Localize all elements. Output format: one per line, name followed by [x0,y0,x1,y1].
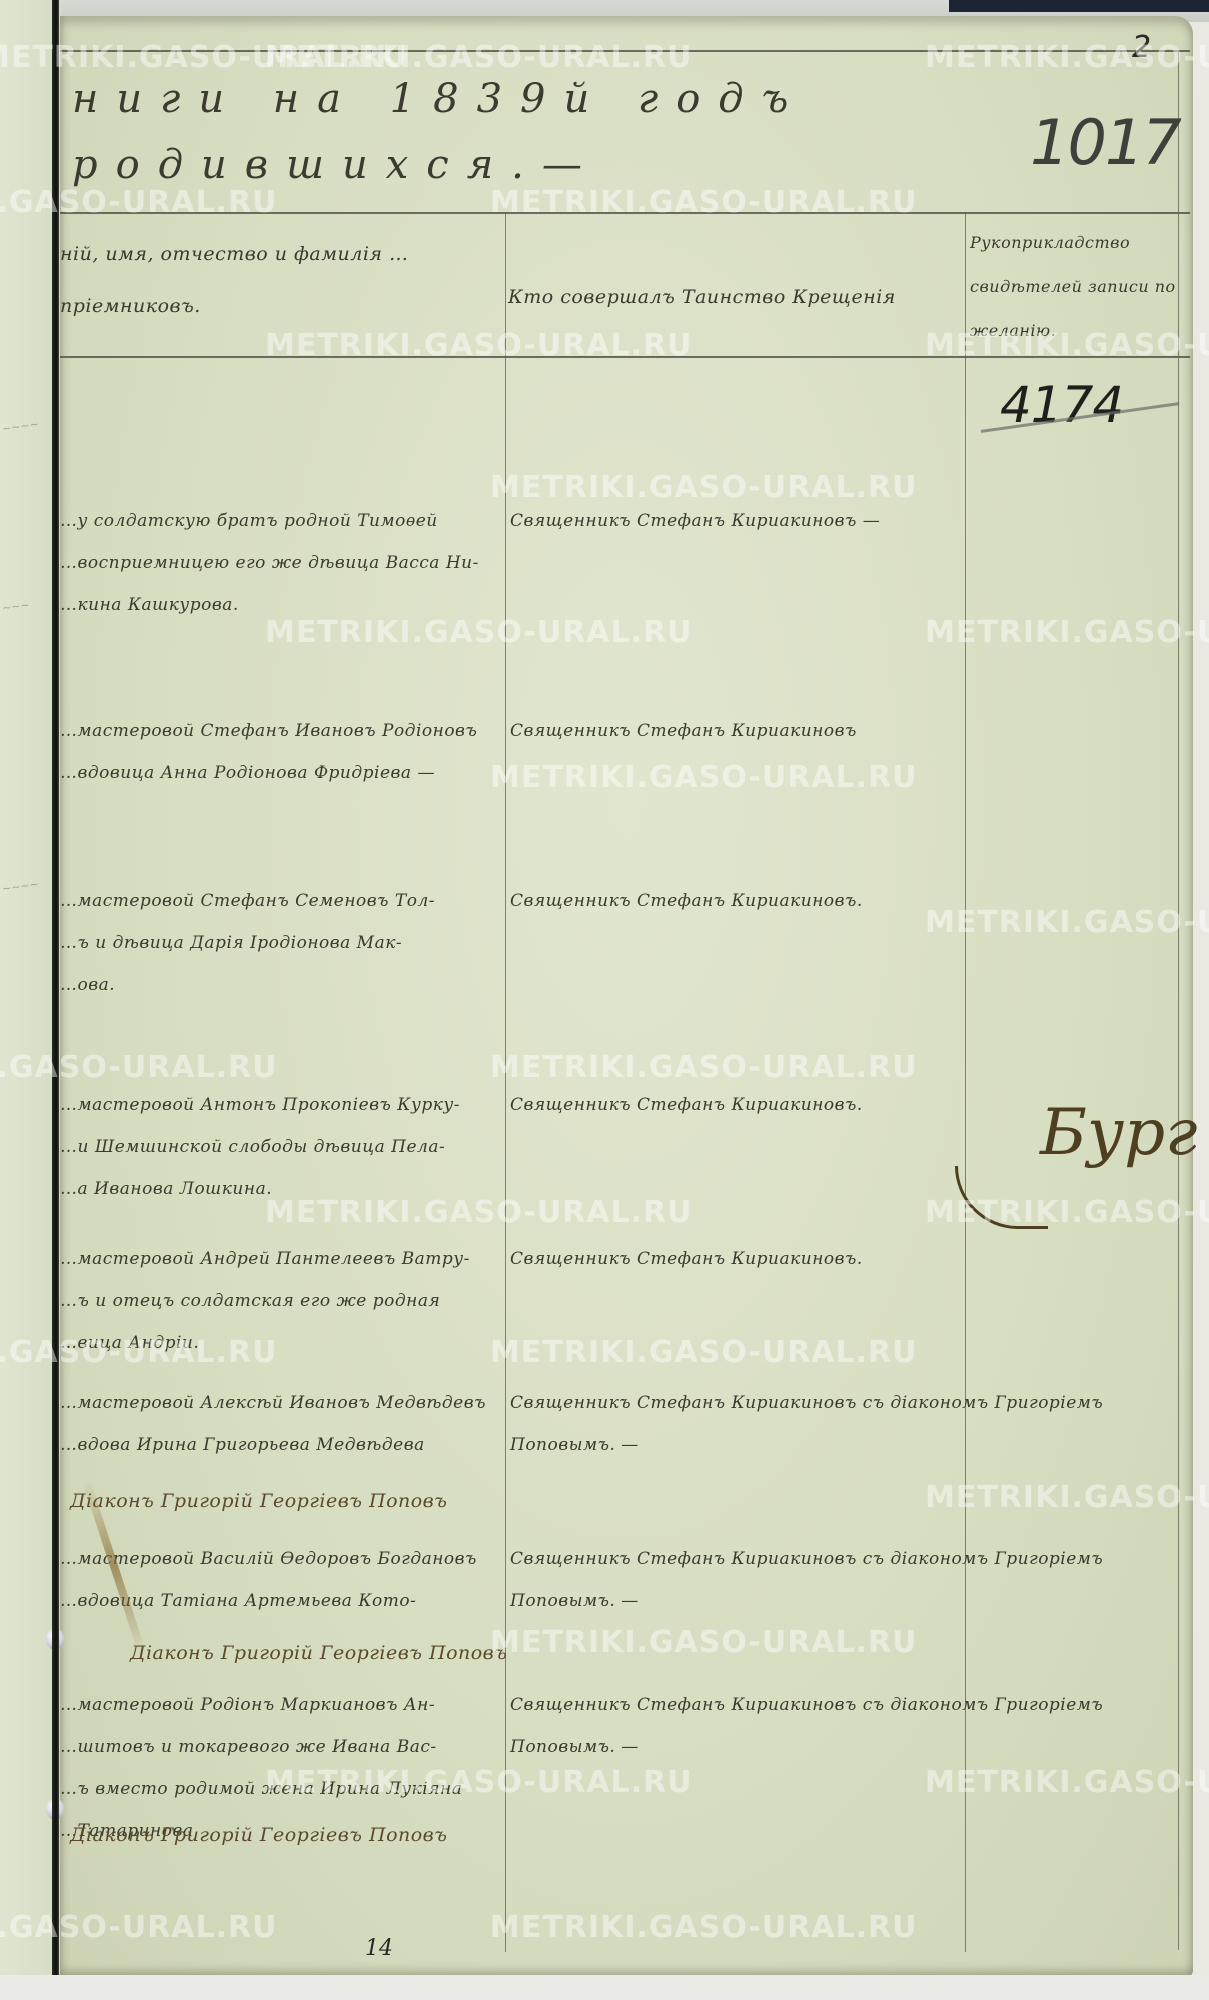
bleed-through-text: ~~~~ [1,877,39,895]
scan-bottom-edge [0,1975,1209,2000]
entry-1-names: …у солдатскую братъ родной Тимоѳей…воспр… [60,500,479,626]
entry-3-names: …мастеровой Стефанъ Семеновъ Тол-…ъ и дѣ… [60,880,435,1006]
entry-5-names: …мастеровой Андрей Пантелеевъ Ватру-…ъ и… [60,1238,470,1364]
leaf-mark: 14 [365,1936,393,1961]
book-gutter [52,0,59,2000]
archive-number: 1017 [1030,106,1180,179]
page-number: 2 [1132,30,1151,65]
entry-7-performed-by: Священникъ Стефанъ Кириакиновъ съ діакон… [510,1538,1170,1622]
column-header-signatures: Рукоприкладство свидѣтелей записи по жел… [970,221,1180,353]
entry-5-performed-by: Священникъ Стефанъ Кириакиновъ. [510,1238,863,1280]
signature-3: Діаконъ Григорій Георгіевъ Поповъ [70,1824,447,1846]
title-line-2: родившихся.— [72,142,600,188]
entry-4-names: …мастеровой Антонъ Прокопіевъ Курку-…и Ш… [60,1084,460,1210]
signature-2: Діаконъ Григорій Георгіевъ Поповъ [130,1642,507,1664]
bleed-through-text: ~~~~ [1,417,39,435]
signature-1: Діаконъ Григорій Георгіевъ Поповъ [70,1490,447,1512]
column-header-performed-by: Кто совершалъ Таинство Крещенія [508,286,896,308]
bleed-through-text: ~~~ [1,598,30,615]
entry-2-performed-by: Священникъ Стефанъ Кириакиновъ [510,710,857,752]
rule-top [60,50,1190,52]
rule-header-bottom [60,356,1190,358]
column-divider-1 [505,212,506,1952]
scan-corner-shadow [949,0,1209,12]
entry-4-performed-by: Священникъ Стефанъ Кириакиновъ. [510,1084,863,1126]
entry-6-performed-by: Священникъ Стефанъ Кириакиновъ съ діакон… [510,1382,1170,1466]
entry-2-names: …мастеровой Стефанъ Ивановъ Родіоновъ…вд… [60,710,477,794]
entry-8-performed-by: Священникъ Стефанъ Кириакиновъ съ діакон… [510,1684,1170,1768]
entry-1-performed-by: Священникъ Стефанъ Кириакиновъ — [510,500,880,542]
rule-header-top [60,212,1190,214]
entry-3-performed-by: Священникъ Стефанъ Кириакиновъ. [510,880,863,922]
register-page: ниги на 1839й годъ родившихся.— 2 1017 4… [60,16,1193,1978]
signature-flourish [955,1166,1048,1229]
title-line-1: ниги на 1839й годъ [72,76,806,122]
margin-note-burg: Бург [1040,1096,1197,1170]
column-header-names: ній, имя, отчество и фамилія … пріемнико… [60,228,500,332]
entry-6-names: …мастеровой Алексѣй Ивановъ Медвѣдевъ…вд… [60,1382,486,1466]
